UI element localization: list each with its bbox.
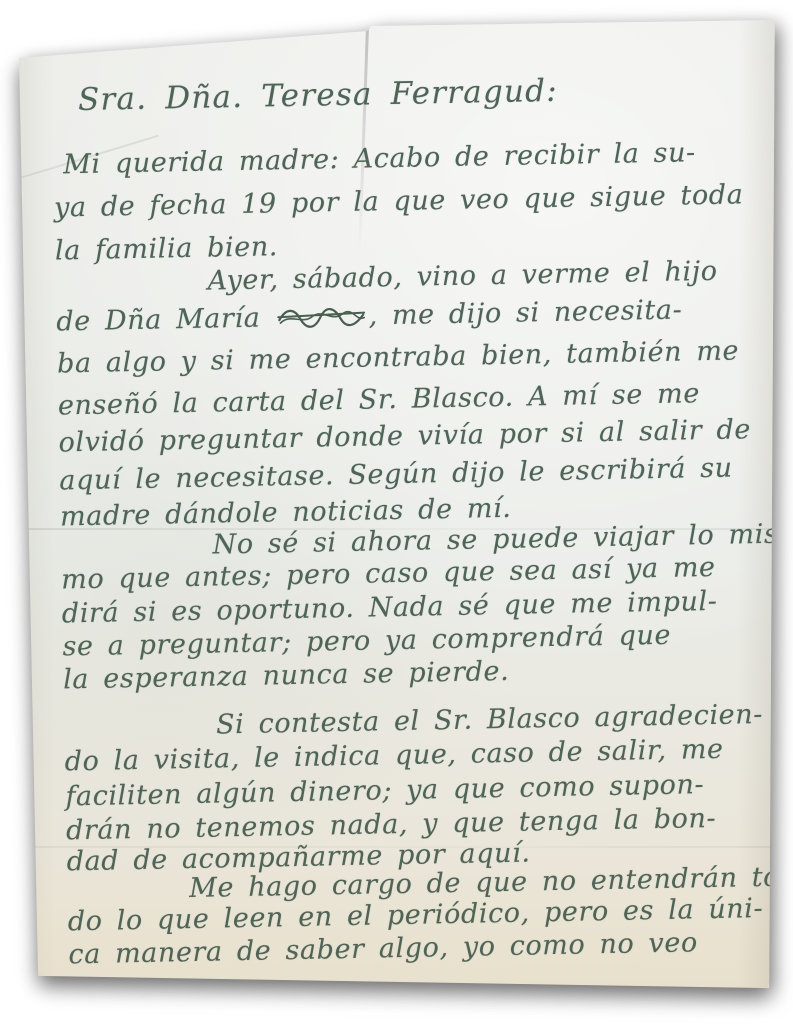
letter-line: ba algo y si me encontraba bien, también… bbox=[57, 335, 740, 379]
letter-line: olvidó preguntar donde vivía por si al s… bbox=[58, 414, 751, 458]
letter-line: de Dña María , me dijo si necesita- bbox=[56, 294, 683, 341]
letter-line: Mi querida madre: Acabo de recibir la su… bbox=[63, 137, 696, 180]
letter-photo: Sra. Dña. Teresa Ferragud: Mi querida ma… bbox=[0, 0, 793, 1024]
letter-line: aquí le necesitase. Según dijo le escrib… bbox=[59, 453, 733, 497]
line-text-after-scribble: , me dijo si necesita- bbox=[368, 294, 682, 331]
letter-text: Sra. Dña. Teresa Ferragud: Mi querida ma… bbox=[0, 0, 793, 1024]
letter-line: la esperanza nunca se pierde. bbox=[63, 656, 510, 696]
letter-line: Ayer, sábado, vino a verme el hijo bbox=[207, 256, 718, 297]
paper-shadow: Sra. Dña. Teresa Ferragud: Mi querida ma… bbox=[0, 0, 793, 1024]
scribbled-out-word bbox=[276, 303, 367, 338]
salutation: Sra. Dña. Teresa Ferragud: bbox=[78, 73, 558, 118]
letter-line: ya de fecha 19 por la que veo que sigue … bbox=[54, 179, 744, 223]
letter-line: enseñó la carta del Sr. Blasco. A mí se … bbox=[58, 378, 701, 421]
letter-line: la familia bien. bbox=[55, 231, 279, 266]
line-text-before-scribble: de Dña María bbox=[56, 302, 275, 337]
letter-paper: Sra. Dña. Teresa Ferragud: Mi querida ma… bbox=[0, 0, 793, 1024]
